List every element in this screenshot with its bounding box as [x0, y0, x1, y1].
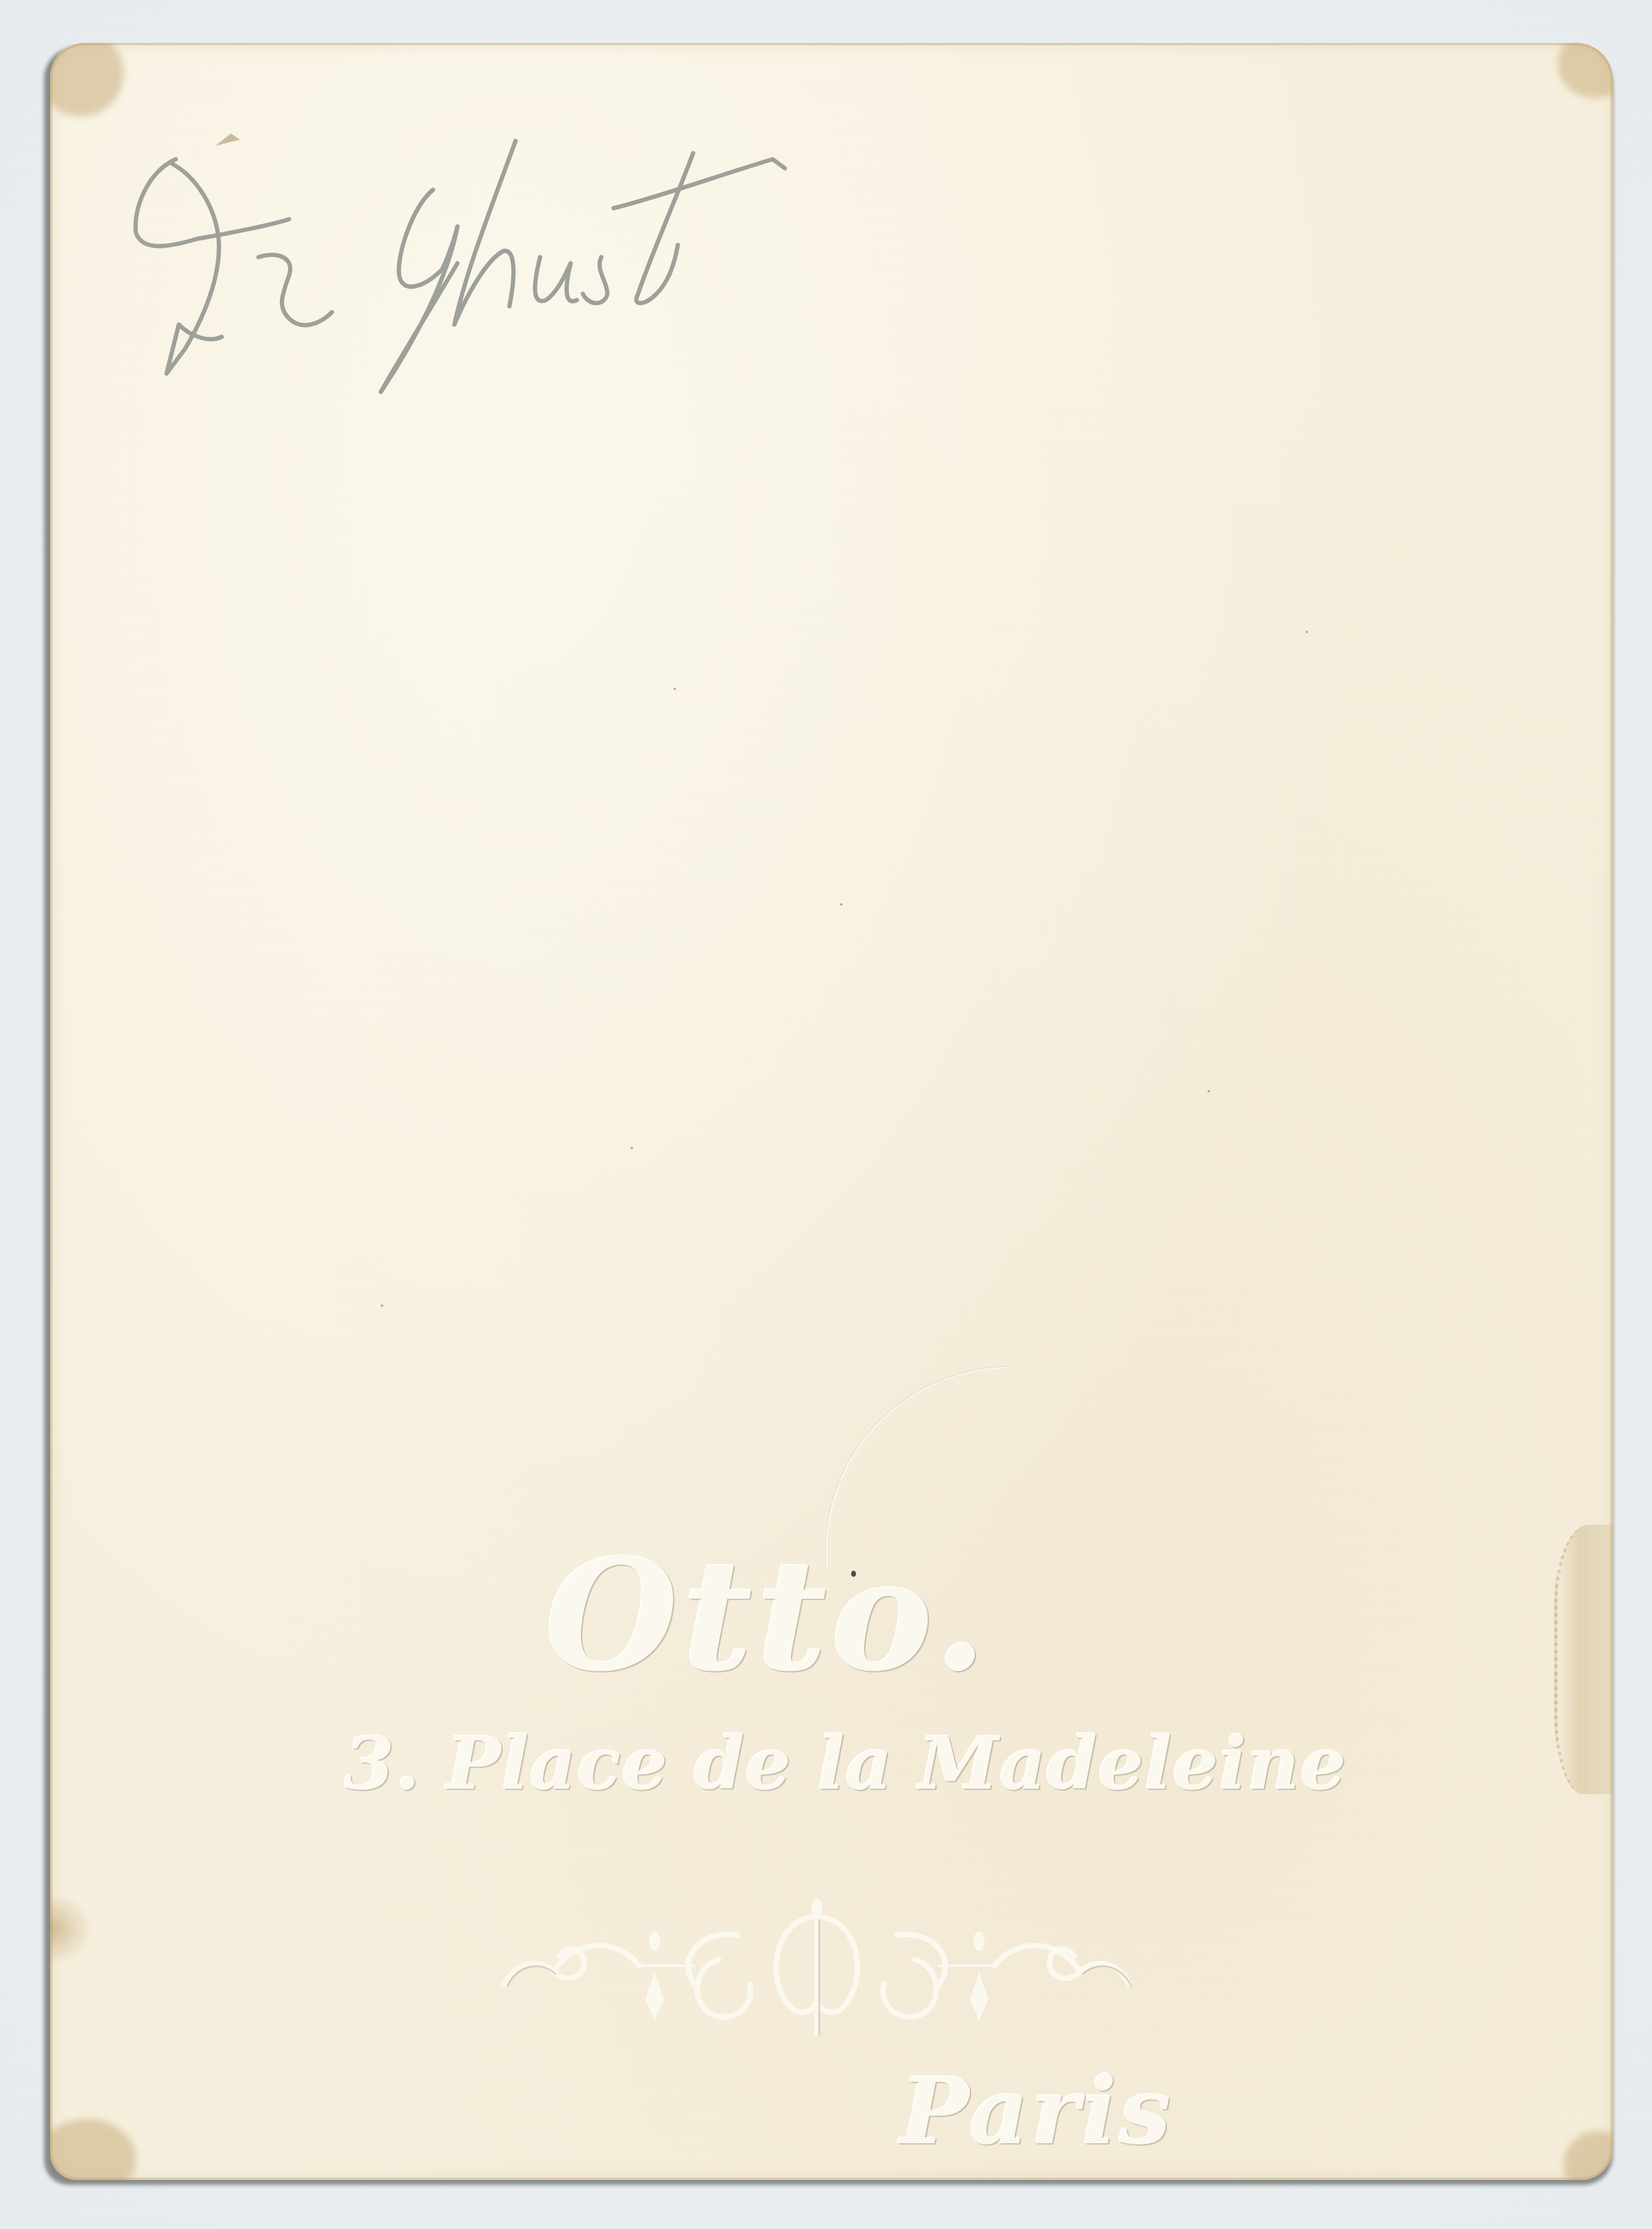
scroll-flourish-ornament-icon: [492, 1892, 1141, 2039]
water-stain-right-edge: [1554, 1525, 1613, 1794]
corner-wear-bottom-left: [50, 2119, 136, 2180]
corner-wear-top-left: [50, 43, 124, 116]
corner-wear-bottom-right: [1564, 2131, 1613, 2180]
studio-address-embossed: 3. Place de la Madeleine: [344, 1721, 1347, 1806]
paper-speck: [631, 1147, 633, 1149]
pencil-inscription: Dr Ghust: [124, 116, 920, 410]
paper-speck: [840, 903, 843, 906]
handwritten-signature-icon: [124, 116, 920, 410]
paper-speck: [674, 688, 676, 690]
corner-wear-top-right: [1558, 43, 1613, 98]
studio-name-embossed: Otto.: [545, 1525, 991, 1705]
paper-speck: [1207, 1090, 1210, 1092]
cabinet-card-back: Dr Ghust: [50, 43, 1613, 2180]
paper-speck: [1305, 631, 1308, 633]
studio-city-embossed: Paris: [900, 2058, 1173, 2165]
water-stain-left-edge: [50, 1892, 93, 1966]
paper-speck: [381, 1304, 383, 1307]
